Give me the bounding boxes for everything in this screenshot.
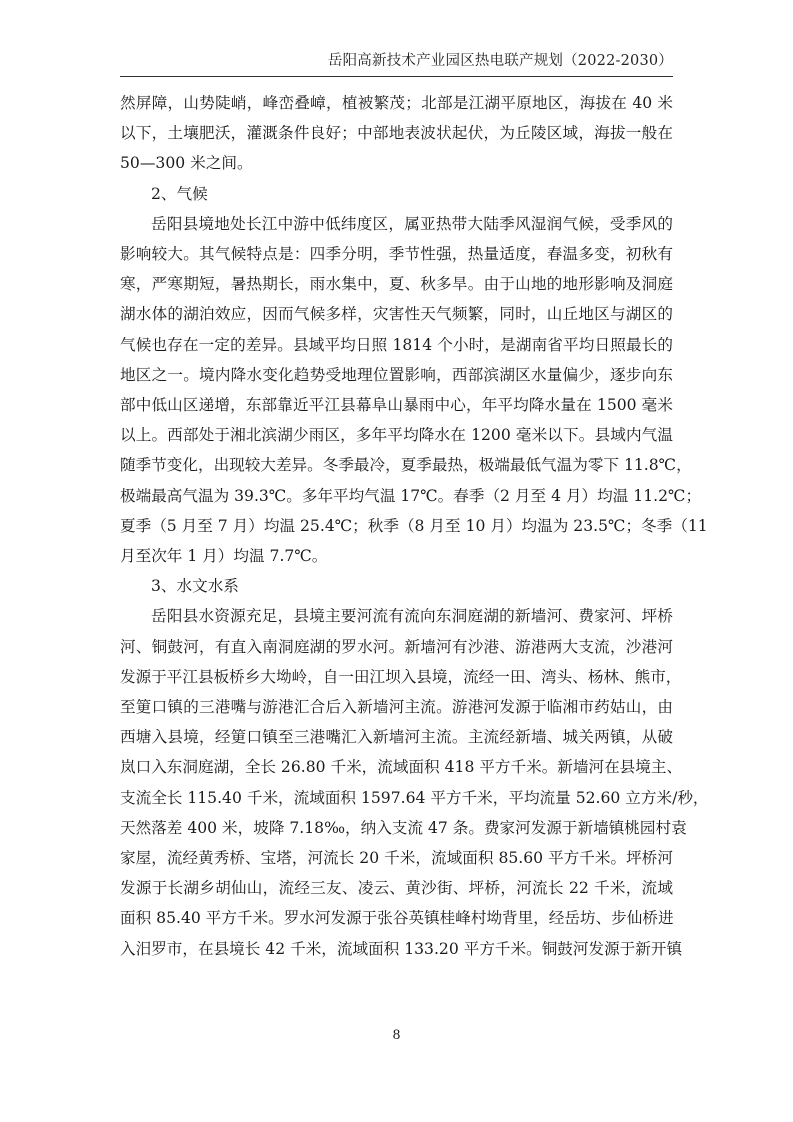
text-line: 极端最高气温为 39.3℃。多年平均气温 17℃。春季（2 月至 4 月）均温 … (120, 481, 673, 511)
text-line: 发源于平江县板桥乡大坳岭，自一田江坝入县境，流经一田、湾头、杨林、熊市， (120, 662, 673, 692)
text-line: 影响较大。其气候特点是：四季分明，季节性强，热量适度，春温多变，初秋有 (120, 239, 673, 269)
text-line: 然屏障，山势陡峭，峰峦叠嶂，植被繁茂；北部是江湖平原地区，海拔在 40 米 (120, 88, 673, 118)
text-line: 岳阳县水资源充足，县境主要河流有流向东洞庭湖的新墙河、费家河、坪桥 (120, 601, 673, 631)
text-line: 面积 85.40 平方千米。罗水河发源于张谷英镇桂峰村坳背里，经岳坊、步仙桥进 (120, 903, 673, 933)
text-line: 至筻口镇的三港嘴与游港汇合后入新墙河主流。游港河发源于临湘市药姑山，由 (120, 692, 673, 722)
text-line: 50—300 米之间。 (120, 148, 673, 178)
text-line: 寒，严寒期短，暑热期长，雨水集中，夏、秋多旱。由于山地的地形影响及洞庭 (120, 269, 673, 299)
text-line: 入汨罗市，在县境长 42 千米，流域面积 133.20 平方千米。铜鼓河发源于新… (120, 934, 673, 964)
text-line: 支流全长 115.40 千米，流域面积 1597.64 平方千米，平均流量 52… (120, 783, 673, 813)
text-line: 湖水体的湖泊效应，因而气候多样，灾害性天气频繁，同时，山丘地区与湖区的 (120, 299, 673, 329)
text-line: 天然落差 400 米，坡降 7.18‰，纳入支流 47 条。费家河发源于新墙镇桃… (120, 813, 673, 843)
section-heading-climate: 2、气候 (120, 179, 673, 209)
text-line: 气候也存在一定的差异。县域平均日照 1814 个小时，是湖南省平均日照最长的 (120, 330, 673, 360)
running-header: 岳阳高新技术产业园区热电联产规划（2022-2030） (120, 48, 673, 77)
text-line: 西塘入县境，经筻口镇至三港嘴汇入新墙河主流。主流经新墙、城关两镇，从破 (120, 722, 673, 752)
section-heading-hydrology: 3、水文水系 (120, 571, 673, 601)
paragraph-terrain-continued: 然屏障，山势陡峭，峰峦叠嶂，植被繁茂；北部是江湖平原地区，海拔在 40 米 以下… (120, 88, 673, 179)
text-line: 部中低山区递增，东部靠近平江县幕阜山暴雨中心，年平均降水量在 1500 毫米 (120, 390, 673, 420)
text-line: 发源于长湖乡胡仙山，流经三友、凌云、黄沙街、坪桥，河流长 22 千米，流域 (120, 873, 673, 903)
text-line: 家屋，流经黄秀桥、宝塔，河流长 20 千米，流域面积 85.60 平方千米。坪桥… (120, 843, 673, 873)
document-title: 岳阳高新技术产业园区热电联产规划（2022-2030） (328, 53, 673, 69)
text-line: 河、铜鼓河，有直入南洞庭湖的罗水河。新墙河有沙港、游港两大支流，沙港河 (120, 632, 673, 662)
text-line: 夏季（5 月至 7 月）均温 25.4℃；秋季（8 月至 10 月）均温为 23… (120, 511, 673, 541)
paragraph-hydrology: 岳阳县水资源充足，县境主要河流有流向东洞庭湖的新墙河、费家河、坪桥 河、铜鼓河，… (120, 601, 673, 963)
paragraph-climate: 岳阳县境地处长江中游中低纬度区，属亚热带大陆季风湿润气候，受季风的 影响较大。其… (120, 209, 673, 571)
text-line: 月至次年 1 月）均温 7.7℃。 (120, 541, 673, 571)
text-line: 以下，土壤肥沃，灌溉条件良好；中部地表波状起伏，为丘陵区域，海拔一般在 (120, 118, 673, 148)
text-line: 地区之一。境内降水变化趋势受地理位置影响，西部滨湖区水量偏少，逐步向东 (120, 360, 673, 390)
text-line: 随季节变化，出现较大差异。冬季最冷，夏季最热，极端最低气温为零下 11.8℃， (120, 450, 673, 480)
document-body: 然屏障，山势陡峭，峰峦叠嶂，植被繁茂；北部是江湖平原地区，海拔在 40 米 以下… (120, 88, 673, 964)
text-line: 岳阳县境地处长江中游中低纬度区，属亚热带大陆季风湿润气候，受季风的 (120, 209, 673, 239)
page-number: 8 (0, 1027, 793, 1044)
text-line: 岚口入东洞庭湖，全长 26.80 千米，流域面积 418 平方千米。新墙河在县境… (120, 752, 673, 782)
text-line: 以上。西部处于湘北滨湖少雨区，多年平均降水在 1200 毫米以下。县域内气温 (120, 420, 673, 450)
